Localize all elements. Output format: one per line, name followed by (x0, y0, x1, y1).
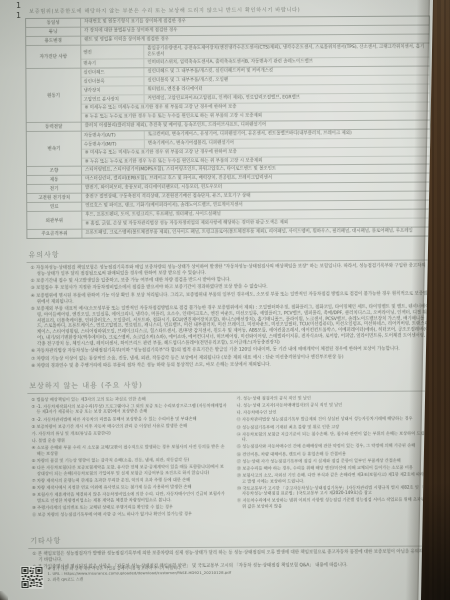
table-item-sublabel: 엔진 (81, 45, 144, 59)
table-row: 외관부위후드, 프론트펜더, 도어, 트렁크리드, 루프패널, 쿼터패널, 사이… (27, 209, 430, 229)
list-item: ⑯ 견인비용, 차량 대체비용, 렌트비 등 휴업손해 등 간접비용 (237, 450, 433, 457)
list-item: ① 본 책임보험은 성능점검자가 발행한 성능점검기록부에 의한 보증차량의 실… (32, 550, 431, 564)
table-row: 자가진단 사항엔진흡입공기유량센서, 공전속도제어장치(엔진냉각수온도센서(CT… (26, 43, 429, 69)
document-content: 보증범위(보증한도에 해당하지 않는 부분은 수리 또는 보상해 드리지 않으니… (25, 4, 433, 520)
list-item: ⑭ 자동차보험의 보험금 지급기준이 되는 침수손해. 단, 침수와 관련이 없… (237, 430, 433, 442)
table-row-label: 용도변경 (26, 37, 81, 45)
list-item: ① 자동차성능·상태점검 책임보험은 성능점검기록부와 매입 보증차량의 성능·… (31, 263, 430, 277)
document-title: 보증범위(보증한도에 해당하지 않는 부분은 수리 또는 보상해 드리지 않으니… (29, 6, 430, 15)
list-item: ⑧ 차량 제작사에서 지정한 연료 이외에 유사연료 또는 첨가제 등을 사용하… (32, 484, 228, 491)
table-row-label: 자가진단 사항 (26, 46, 81, 69)
list-item: ⑧ 차량의 경과연수 및 총 주행거리에 따른 부품의 점차 작은 성능 하락 … (31, 362, 430, 370)
table-item-row: 프론트패널, 크로스멤버(볼트체결부품 제외), 인사이드 패널, 트렁크플로어… (82, 227, 430, 237)
list-item: ③ 보증차량이 보증기간 개시 이후 자동차 매수인의 관리 중 이상된 사유로… (32, 423, 228, 430)
list-item: ② -2. 자동차관리법에 따른 자동차의 리콜을 통해서 보상받을 수 있는 … (32, 415, 228, 422)
table-row-label: 고전원 전기장치 (27, 194, 82, 202)
list-item: ⑤ 차량의 품질 및 기능상 영향이 없는 감각적 손해(소음, 진동, 냄새,… (32, 457, 228, 464)
paper-bottom-left-notch (0, 591, 8, 600)
list-item: ⑰ 성능·상태 자가 성능점검기록부에 점검 시 실제와 점검 문항이 일부인 … (237, 457, 433, 464)
list-item: ⑩ 주행거리계의 임의변조 또는 교체된 상태로 주행거리를 확인할 수 없는 … (32, 503, 228, 510)
table-item-sublabel: 냉각장치 (81, 87, 144, 95)
list-item: 2. 좌측 QR코드 스캔 (47, 575, 231, 581)
table-row: 변속기자동변속기(A/T)토크컨버터, 변속기케이스, 유성기어, 디퍼렌셜기어… (27, 128, 430, 166)
table-row-label: 외관부위 (27, 212, 82, 229)
list-item: ④ 소모품 손해와 부품 수리 시 소모품 교체/교환이 필수적으로 발생하는 … (32, 444, 228, 456)
table-item-text: 흡입공기유량센서, 공전속도제어장치(엔진냉각수온도센서(CTS)제외), 냉각… (144, 44, 429, 59)
table-row: 원동기실린더헤드실린더헤드 및 그 내부부품/개스킷, 실린더헤드커버 및 커버… (26, 66, 429, 122)
table-row-body: 자동변속기(A/T)토크컨버터, 변속기케이스, 유성기어, 디퍼렌셜기어, 유… (82, 129, 430, 166)
list-item: ⑫ 자동차관리법상 성능점검기록부 발급제외 건이 상실된 상태서 성능자동차거… (237, 416, 433, 423)
list-item: ⑱ 보증수리를 해야 하는 경우, 수리를 위해 해당 엔진/미션에 의해 교체… (237, 465, 433, 472)
qr-code-icon (20, 566, 43, 589)
table-item-sublabel: 실린더블록 (81, 78, 144, 86)
list-item: 나. 성능·상태 고지자(자동차매매업자)의 공식 직인 및 날인 (236, 402, 432, 409)
list-item: 가. 성능·상태 점검자의 공식 직인 및 날인 (236, 394, 432, 401)
table-item-sublabel: 수동변속기(M/T) (82, 140, 145, 148)
table-row-label: 변속기 (27, 132, 82, 167)
photo-of-warranty-document: { "doc": { "margin_marks": ["1", "1"], "… (0, 0, 450, 600)
table-item-sublabel: 자동변속기(A/T) (82, 131, 145, 139)
table-row-body: 프론트패널, 크로스멤버(볼트체결부품 제외), 인사이드 패널, 트렁크플로어… (82, 227, 430, 237)
table-row-label: 전기 (27, 185, 82, 193)
list-item: ⑲ 보험사고의 소모, 자외선 기인 손해. 다만 부식과 같은 손해라면 제3… (237, 472, 433, 484)
table-row-label: 주요골격부위 (27, 229, 82, 237)
table-item-row: 엔진흡입공기유량센서, 공전속도제어장치(엔진냉각수온도센서(CTS)제외), … (81, 44, 429, 60)
not-covered-left-column: ① 법률상 배상책임이 있는 제3자의 고의 또는 과실로 인한 손해② -1.… (31, 396, 228, 519)
notices-list: ① 자동차성능·상태점검 책임보험은 성능점검기록부와 매입 보증차량의 성능·… (27, 260, 433, 370)
table-row-label: 동일성 (26, 19, 81, 27)
table-row-body: 후드, 프론트펜더, 도어, 트렁크리드, 루프패널, 쿼터패널, 사이드실패널… (82, 210, 430, 229)
table-row-label: 동력전달 (27, 123, 82, 131)
table-row-body: 엔진흡입공기유량센서, 공전속도제어장치(엔진냉각수온도센서(CTS)제외), … (81, 44, 429, 69)
list-item: ㉑ 자동차수리에서 보상하는 범위 이외의 사항별 성능점검 기준별 성능점검 … (237, 497, 433, 509)
list-item: 1. URL : https://www.insurance.com/uploa… (47, 570, 231, 576)
list-item: 가. 자동차의 튜닝 및 개조(튜닝을 포함한다) (32, 430, 228, 437)
list-item: ⑥ 다른 자동차보험(다른 보증보험계약을 포함, 유사한 전체 보증·공제계약… (32, 464, 228, 476)
list-item: ⑪ 보증 차량의 성능점검기록부에 아래 사항 중 어느 하나가 없거나 확인이… (32, 511, 228, 518)
list-item: ⑦ 차량 제작사의 운행능력 한계를 초과한 무리한 운전, 악의적 초과 주행… (32, 477, 228, 484)
table-row-label: 제동 (27, 176, 82, 184)
table-row-label: 연료 (27, 203, 82, 211)
qr-caption-lines: ※ 상기 내용 외 상세 제반 사항은 가입몰 홈페이지를 참고하여 주시기 바… (47, 565, 231, 582)
list-item: ⑮ 성능점검사와 자동차매수인 간에 손해배상에 관한 약정이 있는 경우, 그… (237, 443, 433, 450)
list-item: ⑨ 보험사가 제휴계약을 체결하지 않은 자동차정비업소에 의한 수리. 다만,… (32, 491, 228, 503)
list-item: ⑬ 성능점검기록부에 기재된 최초 불량 및 위로 인한 고장 (237, 423, 433, 430)
not-covered-right-column: 가. 성능·상태 점검자의 공식 직인 및 날인나. 성능·상태 고지자(자동차… (236, 394, 433, 517)
list-item: ① 법률상 배상책임이 있는 제3자의 고의 또는 과실로 인한 손해 (31, 396, 227, 403)
table-row-label: 튜닝 (26, 28, 81, 36)
not-covered-columns: ① 법률상 배상책임이 있는 제3자의 고의 또는 과실로 인한 손해② -1.… (27, 391, 433, 519)
warranty-table: 동일성차대번호 및 원동기형식 표기를 상이하게 점검한 경우튜닝각 장치에 대… (25, 16, 431, 239)
list-item: 나. 불법 운송 행위 (32, 437, 228, 444)
table-row-label: 조향 (27, 167, 82, 175)
list-item: ⑳ 국토교통부가 고시한 「중고자동차성능·상태점검기록부」(자동차관리법 시행… (237, 484, 433, 496)
list-item: ⑤ 보증제외 부품 대표적 예시(소모성부품 또는 일반적인 자동차점검방법으로… (31, 305, 430, 348)
table-item-sublabel: 고압연료 분사장치 (82, 96, 145, 104)
list-item: ② -1. 자동차제작회사의 보증수리(무상) 프로그램이나 그 외의 보증 또… (31, 403, 227, 415)
list-item: ④ 보증범위에 명시된 부품에 한하여 기능 이상 확인 후 보상 처리됩니다.… (31, 291, 430, 305)
document-paper: 1 1 보증범위(보증한도에 해당하지 않는 부분은 수리 또는 보상해 드리지… (0, 0, 450, 600)
list-item: 다. 자동차매수인 날인 (236, 409, 432, 416)
table-item-sublabel: 변속기 (81, 60, 144, 68)
table-item-text: 프론트패널, 크로스멤버(볼트체결부품 제외), 인사이드 패널, 트렁크플로어… (82, 227, 430, 237)
table-item-sublabel: 실린더헤드 (81, 69, 144, 77)
qr-block: ※ 상기 내용 외 상세 제반 사항은 가입몰 홈페이지를 참고하여 주시기 바… (20, 564, 425, 589)
table-row-label: 원동기 (26, 69, 81, 122)
table-row-body: 실린더헤드실린더헤드 및 그 내부부품/개스킷, 실린더헤드커버 및 커버개스킷… (81, 67, 429, 122)
